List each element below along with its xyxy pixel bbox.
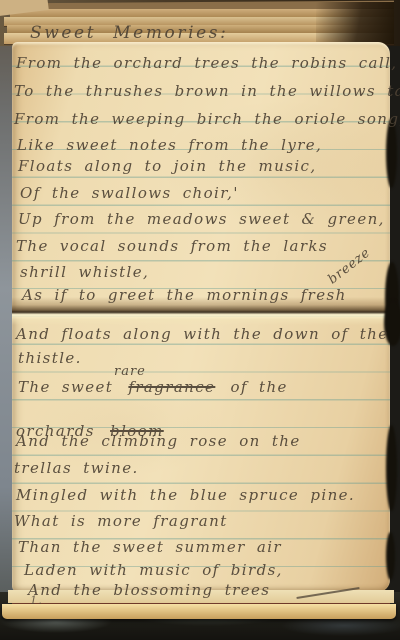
page-edge-mark: 1. [30, 594, 43, 607]
handwritten-line: What is more fragrant [14, 512, 228, 530]
handwritten-line: Like sweet notes from the lyre, [17, 136, 322, 154]
handwritten-line: Up from the meadows sweet & green, [18, 210, 385, 228]
handwriting-layer: Sweet Memories: From the orchard trees t… [0, 0, 400, 640]
handwritten-line: As if to greet the mornings fresh [22, 286, 347, 304]
edit-post-text: of the [231, 378, 288, 396]
handwritten-line: thistle. [18, 349, 82, 367]
handwritten-line: To the thrushes brown in the willows tal… [14, 82, 400, 100]
handwritten-line: From the orchard trees the robins call, [16, 54, 397, 72]
handwritten-line: From the weeping birch the oriole song, [14, 110, 400, 128]
handwritten-line: shrill whistle, [20, 263, 149, 281]
inserted-word-breeze: breeze [325, 245, 373, 287]
inserted-word-above: rare [114, 364, 146, 379]
handwritten-line: Of the swallows choir,' [20, 184, 239, 202]
handwritten-line: And the blossoming trees [28, 581, 270, 599]
handwritten-line: And floats along with the down of the [16, 325, 389, 343]
handwritten-line: The vocal sounds from the larks [16, 237, 328, 255]
handwritten-line: Floats along to join the music, [18, 157, 317, 175]
handwritten-line: Laden with music of birds, [24, 561, 283, 579]
pen-flourish [296, 587, 360, 599]
handwritten-line: And the climbing rose on the [16, 432, 301, 450]
handwritten-line: trellas twine. [14, 459, 139, 477]
notebook-photo: Sweet Memories: From the orchard trees t… [0, 0, 400, 640]
edit-pre-text: The sweet [18, 378, 113, 396]
handwritten-line: Than the sweet summer air [18, 538, 282, 556]
poem-title: Sweet Memories: [30, 23, 228, 43]
strikethrough-word: fragrance [128, 378, 215, 396]
handwritten-line-with-edit: The sweet fragrance of the rare [18, 378, 400, 396]
handwritten-line: Mingled with the blue spruce pine. [16, 486, 355, 504]
